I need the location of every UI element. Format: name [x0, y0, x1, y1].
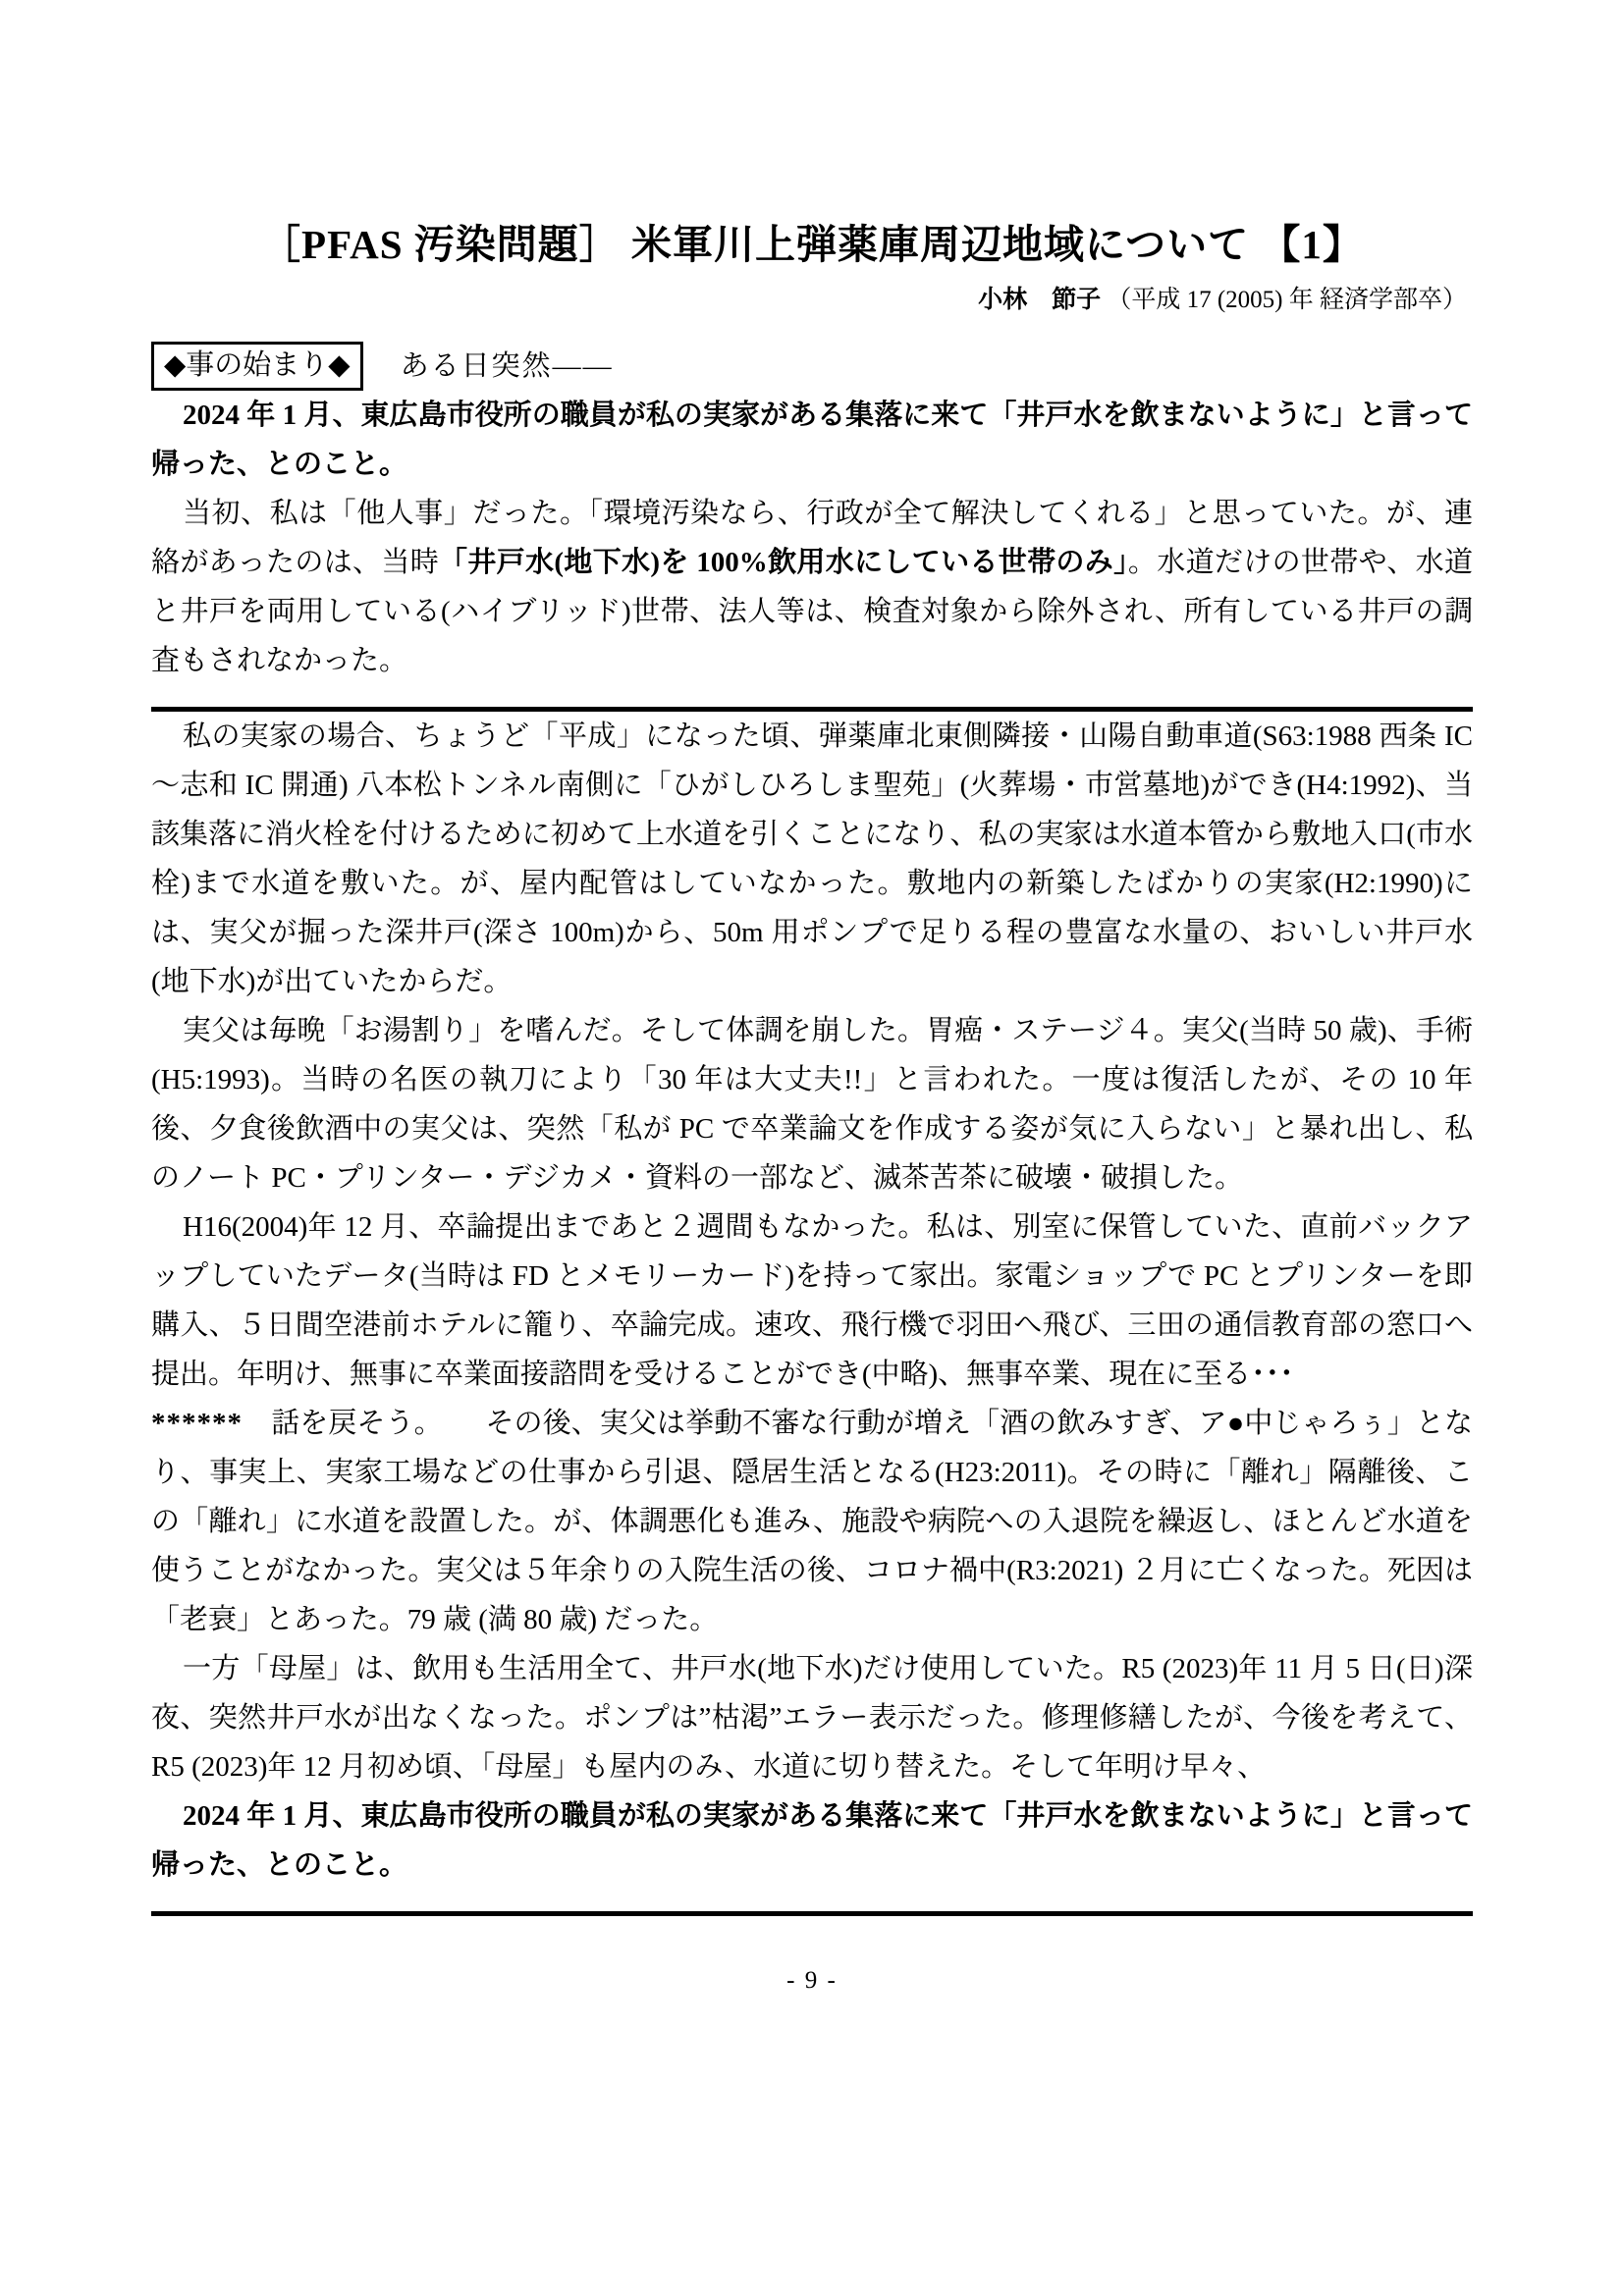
author-name: 小林 節子	[978, 287, 1101, 313]
page-number: - 9 -	[151, 1967, 1473, 1995]
document-page: ［PFAS 汚染問題］ 米軍川上弾薬庫周辺地域について 【1】 小林 節子 （平…	[0, 0, 1624, 2296]
paragraph-initial-reaction: 当初、私は「他人事」だった。「環境汚染なら、行政が全て解決してくれる」と思ってい…	[151, 489, 1473, 685]
retirement-text: 話を戻そう。 その後、実父は挙動不審な行動が増え「酒の飲みすぎ、ア●中じゃろぅ」…	[151, 1408, 1473, 1635]
section-heading-row: ◆事の始まり◆ ある日突然――	[151, 342, 1473, 391]
paragraph-father-illness: 実父は毎晩「お湯割り」を嗜んだ。そして体調を崩した。胃癌・ステージ４。実父(当時…	[151, 1006, 1473, 1202]
reaction-text-emphasis: 「井戸水(地下水)を 100%飲用水にしている世帯のみ」	[439, 547, 1128, 578]
asterisk-separator: ******	[151, 1408, 243, 1439]
paragraph-city-notice-repeat: 2024 年 1 月、東広島市役所の職員が私の実家がある集落に来て「井戸水を飲ま…	[151, 1791, 1473, 1890]
paragraph-family-home-history: 私の実家の場合、ちょうど「平成」になった頃、弾薬庫北東側隣接・山陽自動車道(S6…	[151, 712, 1473, 1006]
section-badge: ◆事の始まり◆	[151, 342, 363, 391]
page-title: ［PFAS 汚染問題］ 米軍川上弾薬庫周辺地域について 【1】	[151, 218, 1473, 271]
paragraph-father-retirement: ****** 話を戻そう。 その後、実父は挙動不審な行動が増え「酒の飲みすぎ、ア…	[151, 1399, 1473, 1644]
paragraph-city-notice-intro: 2024 年 1 月、東広島市役所の職員が私の実家がある集落に来て「井戸水を飲ま…	[151, 391, 1473, 489]
paragraph-main-house-well: 一方「母屋」は、飲用も生活用全て、井戸水(地下水)だけ使用していた。R5 (20…	[151, 1644, 1473, 1791]
divider-bottom	[151, 1911, 1473, 1916]
paragraph-thesis-episode: H16(2004)年 12 月、卒論提出まであと２週間もなかった。私は、別室に保…	[151, 1202, 1473, 1399]
section-lead-text: ある日突然――	[401, 347, 614, 386]
author-credential: （平成 17 (2005) 年 経済学部卒）	[1107, 287, 1467, 313]
author-line: 小林 節子 （平成 17 (2005) 年 経済学部卒）	[151, 283, 1473, 318]
